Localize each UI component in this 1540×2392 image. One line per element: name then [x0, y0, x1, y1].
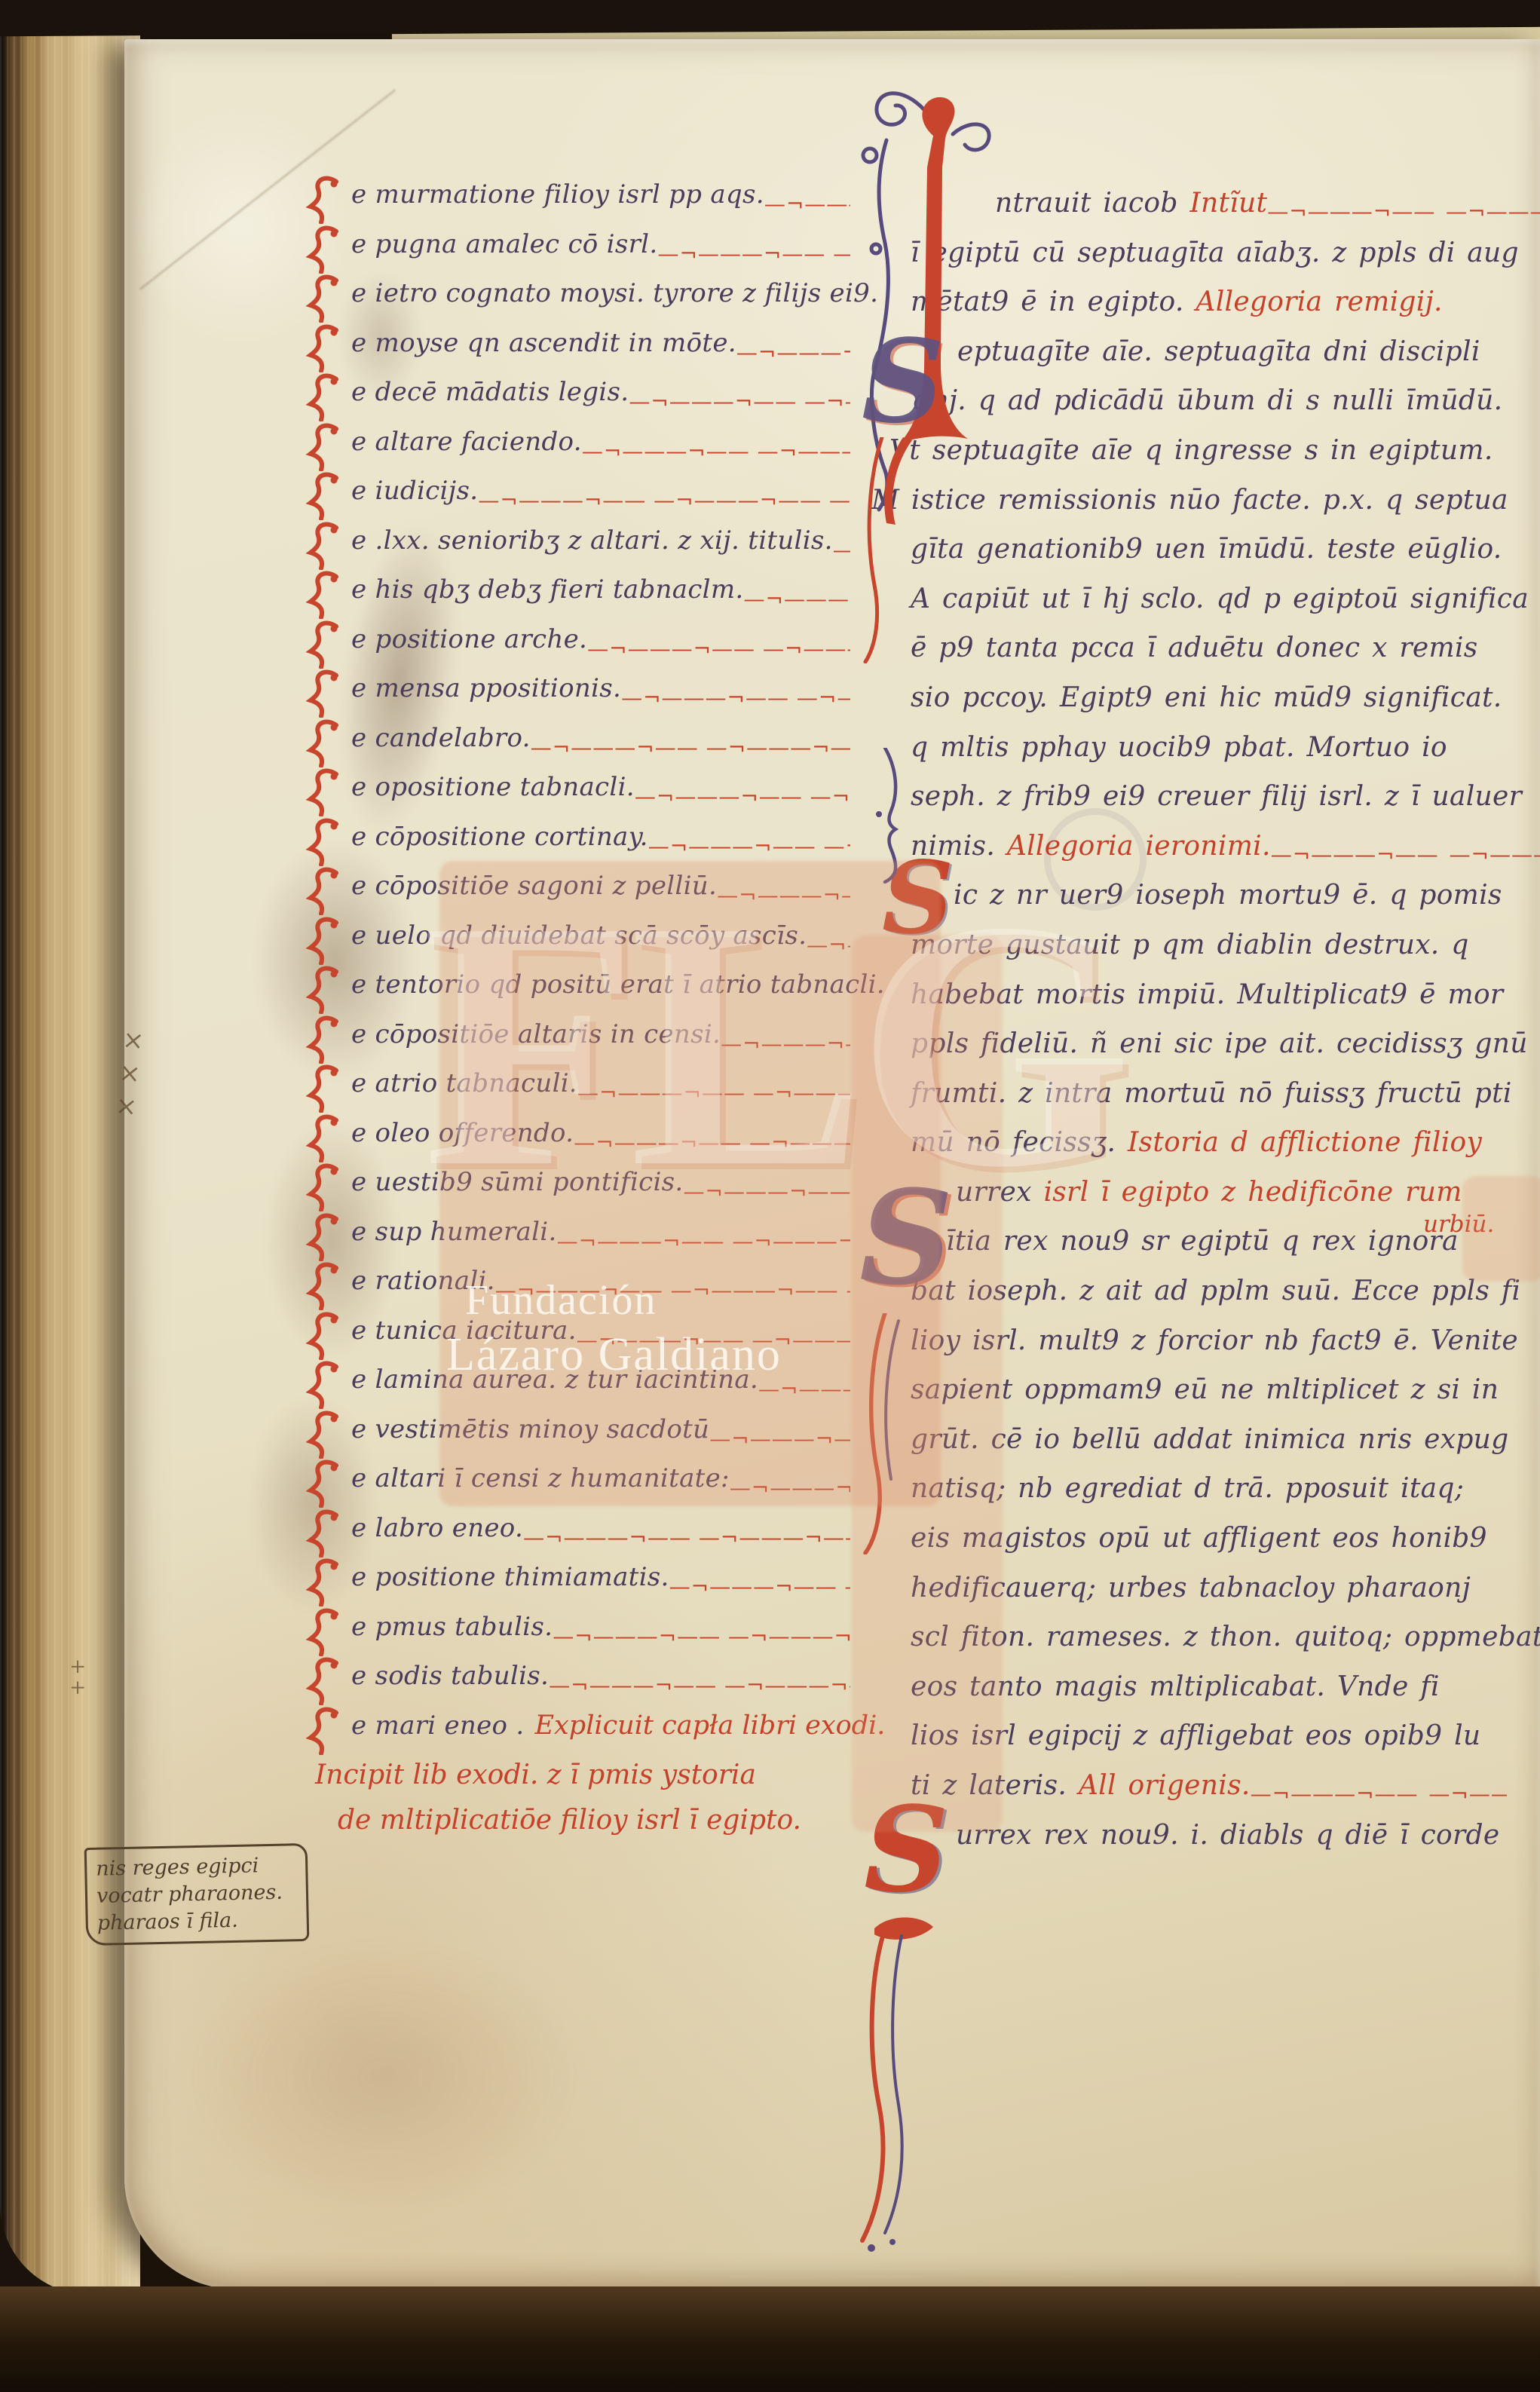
manuscript-photo: e murmatione filioy isrl pp aqs.—¬———¬——…: [0, 0, 1540, 2392]
chapter-title: e rationali.: [351, 1266, 495, 1296]
penwork-bracket-icon: [871, 748, 914, 884]
red-line-filler: —¬———¬—— —¬———¬—— —¬———¬—— —¬———¬—— —¬——…: [669, 1574, 850, 1601]
text-line: ic z nr uer9 ioseph mortu9 ē. q pomis: [867, 873, 1540, 923]
text-line: ppls fideliū. ñ eni sic ipe ait. cecidis…: [867, 1021, 1540, 1071]
red-line-filler: —¬———¬—— —¬———¬—— —¬———¬—— —¬———¬—— —¬——…: [736, 340, 850, 367]
initial-d-flourish-icon: [303, 1558, 344, 1606]
text-line: bat ioseph. z ait ad pplm suū. Ecce ppls…: [867, 1269, 1540, 1319]
initial-d-flourish-icon: [303, 522, 344, 570]
body-text: urrex rex nou9. i. diabls q diē ī corde: [956, 1820, 1500, 1851]
marginal-rubric-word: urbiū.: [1423, 1211, 1494, 1238]
initial-d-flourish-icon: [303, 620, 344, 669]
initial-d-flourish-icon: [303, 274, 344, 323]
red-line-filler: —¬———¬—— —¬———¬—— —¬———¬—— —¬———¬—— —¬——…: [730, 1475, 850, 1502]
red-line-filler: —¬———¬—— —¬———¬—— —¬———¬—— —¬———¬—— —¬——…: [764, 191, 850, 219]
red-line-filler: —¬———¬—— —¬———¬—— —¬———¬—— —¬———¬—— —¬——…: [577, 1328, 850, 1355]
body-text: lios isrl egipcij z affligebat eos opib9…: [911, 1720, 1480, 1751]
text-line: mū nō fecissʒ. Istoria d afflictione fil…: [867, 1120, 1540, 1170]
text-line: nimis. Allegoria ieronimi.—¬———¬—— —¬———…: [867, 824, 1540, 874]
body-text: ntrauit iacob: [995, 188, 1189, 219]
initial-d-flourish-icon: [303, 719, 344, 767]
initial-d-flourish-icon: [303, 867, 344, 915]
initial-d-flourish-icon: [303, 966, 344, 1014]
body-text: natisq; nb egrediat d trā. pposuit itaq;: [911, 1473, 1464, 1504]
initial-d-flourish-icon: [303, 571, 344, 619]
initial-d-flourish-icon: [303, 1163, 344, 1211]
initial-d-flourish-icon: [303, 176, 344, 224]
decorated-initial-S: S: [859, 1173, 953, 1303]
incipit-rubric-text: Incipit lib exodi. z ī pmis ystoria: [315, 1760, 756, 1790]
initial-d-flourish-icon: [303, 472, 344, 520]
chapter-list-item: e mensa ppositionis.—¬———¬—— —¬———¬—— —¬…: [303, 666, 850, 715]
chapter-title: e positione thimiamatis.: [351, 1562, 669, 1592]
explicit-rubric: Explicuit capła libri exodi.: [535, 1711, 886, 1741]
body-text: grūt. cē io bellū addat inimica nris exp…: [911, 1424, 1509, 1455]
initial-tail-flourish-icon: [855, 1313, 908, 1554]
initial-d-flourish-icon: [303, 1657, 344, 1705]
body-text: sio pccoy. Egipt9 eni hic mūd9 significa…: [911, 682, 1502, 713]
body-text: morte gustauit p qm diablin destrux. q: [911, 930, 1469, 960]
rubric-text: All origenis.: [1079, 1770, 1251, 1801]
body-text: hedificauerq; urbes tabnacloy pharaonj: [911, 1573, 1471, 1603]
chapter-list-item: e pugna amalec cō isrl.—¬———¬—— —¬———¬——…: [303, 222, 850, 271]
chapter-title: e mari eneo .: [351, 1711, 525, 1741]
text-line: lios isrl egipcij z affligebat eos opib9…: [867, 1714, 1540, 1763]
left-column-chapter-list: e murmatione filioy isrl pp aqs.—¬———¬——…: [303, 172, 850, 1842]
chapter-title: e lamina aurea. z tur iacintina.: [351, 1364, 758, 1395]
red-line-filler: —¬———¬—— —¬———¬—— —¬———¬—— —¬———¬—— —¬——…: [495, 1278, 850, 1305]
body-text: lioy isrl. mult9 z forcior nb fact9 ē. V…: [911, 1325, 1518, 1356]
body-text: eos tanto magis mltiplicabat. Vnde fi: [911, 1671, 1440, 1702]
chapter-list-item: e iudicijs.—¬———¬—— —¬———¬—— —¬———¬—— —¬…: [303, 468, 850, 518]
text-line: habebat mortis impiū. Multiplicat9 ē mor: [867, 972, 1540, 1022]
chapter-list-item: e candelabro.—¬———¬—— —¬———¬—— —¬———¬—— …: [303, 715, 850, 765]
chapter-title: e sodis tabulis.: [351, 1661, 549, 1691]
body-text: bat ioseph. z ait ad pplm suū. Ecce ppls…: [911, 1276, 1520, 1306]
body-text: seph. z frib9 ei9 creuer filij isrl. z ī…: [911, 781, 1522, 812]
chapter-list-item: e positione thimiamatis.—¬———¬—— —¬———¬—…: [303, 1554, 850, 1604]
text-line: lioy isrl. mult9 z forcior nb fact9 ē. V…: [867, 1319, 1540, 1368]
text-line: seph. z frib9 ei9 creuer filij isrl. z ī…: [867, 774, 1540, 824]
red-line-filler: —¬———¬—— —¬———¬—— —¬———¬—— —¬———¬—— —¬——…: [629, 389, 850, 416]
chapter-list-item: e mari eneo .Explicuit capła libri exodi…: [303, 1703, 850, 1753]
red-line-filler: —¬———¬—— —¬———¬—— —¬———¬—— —¬———¬—— —¬——…: [523, 1525, 850, 1552]
chapter-list-item: e murmatione filioy isrl pp aqs.—¬———¬——…: [303, 172, 850, 222]
chapter-title: e decē mādatis legis.: [351, 377, 629, 407]
body-text: frumti. z intra mortuū nō fuissʒ fructū …: [911, 1078, 1512, 1109]
text-line: natisq; nb egrediat d trā. pposuit itaq;: [867, 1466, 1540, 1516]
red-line-filler: —¬———¬—— —¬———¬—— —¬———¬—— —¬———¬—— —¬——…: [557, 1229, 850, 1256]
chapter-title: e iudicijs.: [351, 476, 478, 506]
body-text: urrex: [956, 1177, 1043, 1208]
chapter-title: e altari ī censi z humanitate:: [351, 1463, 730, 1493]
chapter-title: e sup humerali.: [351, 1217, 557, 1247]
chapter-list-item: e ietro cognato moysi. tyrore z filijs e…: [303, 271, 850, 320]
book-page-stack-edges: [0, 26, 140, 2295]
chapter-list-item: e his qbʒ debʒ fieri tabnaclm.—¬———¬—— —…: [303, 567, 850, 617]
chapter-list-item: e opositione tabnacli.—¬———¬—— —¬———¬—— …: [303, 764, 850, 814]
chapter-title: e murmatione filioy isrl pp aqs.: [351, 179, 764, 210]
red-line-filler: —¬———¬—— —¬———¬—— —¬———¬—— —¬———¬—— —¬——…: [635, 784, 850, 811]
initial-d-flourish-icon: [303, 373, 344, 421]
body-text: eptuagīte aīe. septuagīta dni discipli: [957, 336, 1480, 367]
red-line-filler: —¬———¬—— —¬———¬—— —¬———¬—— —¬———¬—— —¬——…: [478, 488, 850, 515]
red-line-filler: —¬———¬—— —¬———¬—— —¬———¬—— —¬———¬—— —¬——…: [684, 1179, 850, 1206]
chapter-list-item: e cōpositiōe altaris in censi.—¬———¬—— —…: [303, 1012, 850, 1061]
initial-tail-flourish-icon: [856, 437, 902, 663]
text-line: hedificauerq; urbes tabnacloy pharaonj: [867, 1566, 1540, 1616]
chapter-title: e tentorio qd positū erat ī atrio tabnac…: [351, 969, 885, 1000]
red-line-filler: —¬———¬—— —¬———¬—— —¬———¬—— —¬———¬—— —¬——…: [709, 1426, 850, 1453]
initial-d-flourish-icon: [303, 1262, 344, 1310]
initial-tail-flourish-icon: [849, 1856, 939, 2256]
text-line: q mltis pphay uocib9 pbat. Mortuo io: [867, 725, 1540, 775]
chapter-list-item: e altare faciendo.—¬———¬—— —¬———¬—— —¬——…: [303, 419, 850, 469]
body-text: ē p9 tanta pcca ī aduētu donec x remis: [911, 632, 1478, 663]
body-text: mū nō fecissʒ.: [911, 1127, 1128, 1158]
text-line: grūt. cē io bellū addat inimica nris exp…: [867, 1417, 1540, 1467]
red-line-filler: —¬———¬—— —¬———¬—— —¬———¬—— —¬———¬—— —¬——…: [549, 1673, 850, 1700]
body-text: ppls fideliū. ñ eni sic ipe ait. cecidis…: [911, 1028, 1528, 1059]
initial-d-flourish-icon: [303, 1064, 344, 1113]
red-line-filler: —¬———¬—— —¬———¬—— —¬———¬—— —¬———¬—— —¬——…: [1267, 199, 1540, 226]
chapter-title: e candelabro.: [351, 723, 531, 753]
text-line: sio pccoy. Egipt9 eni hic mūd9 significa…: [867, 675, 1540, 725]
chapter-list-item: e uelo qd diuidebat scā scōy ascīs.—¬———…: [303, 913, 850, 963]
chapter-title: e cōpositiōe sagoni z pelliū.: [351, 871, 717, 901]
initial-d-flourish-icon: [303, 225, 344, 274]
initial-d-flourish-icon: [303, 423, 344, 471]
chapter-title: e vestimētis minoy sacdotū: [351, 1414, 709, 1444]
rubric-text: Allegoria remigij.: [1196, 286, 1442, 317]
initial-d-flourish-icon: [303, 1361, 344, 1409]
initial-d-flourish-icon: [303, 324, 344, 372]
chapter-list-item: e sup humerali.—¬———¬—— —¬———¬—— —¬———¬—…: [303, 1209, 850, 1259]
chapter-list-item: e pmus tabulis.—¬———¬—— —¬———¬—— —¬———¬—…: [303, 1604, 850, 1654]
body-text: habebat mortis impiū. Multiplicat9 ē mor: [911, 979, 1503, 1010]
rubric-text: isrl ī egipto z hedificōne rum: [1043, 1177, 1462, 1208]
margin-note-line: nis reges egipci: [96, 1851, 302, 1883]
chapter-list-item: e moyse qn ascendit in mōte.—¬———¬—— —¬—…: [303, 320, 850, 370]
initial-d-flourish-icon: [303, 768, 344, 816]
text-line: morte gustauit p qm diablin destrux. q: [867, 923, 1540, 972]
chapter-title: e altare faciendo.: [351, 427, 582, 457]
text-line: eis magistos opū ut affligent eos honib9: [867, 1516, 1540, 1566]
initial-d-flourish-icon: [303, 1459, 344, 1508]
margin-cross-marks: ++: [66, 1658, 89, 1701]
red-line-filler: —¬———¬—— —¬———¬—— —¬———¬—— —¬———¬—— —¬——…: [758, 1377, 850, 1404]
chapter-title: e .lxx. senioribʒ z altari. z xij. titul…: [351, 525, 833, 556]
red-line-filler: —¬———¬—— —¬———¬—— —¬———¬—— —¬———¬—— —¬——…: [574, 1130, 850, 1157]
red-line-filler: —¬———¬—— —¬———¬—— —¬———¬—— —¬———¬—— —¬——…: [577, 1080, 850, 1107]
text-line: ti z lateris. All origenis.—¬———¬—— —¬——…: [867, 1763, 1540, 1813]
chapter-list-item: e tentorio qd positū erat ī atrio tabnac…: [303, 962, 850, 1012]
text-line: ē p9 tanta pcca ī aduētu donec x remis: [867, 626, 1540, 675]
text-line: A capiūt ut ī hj sclo. qd p egiptoū sign…: [867, 577, 1540, 626]
text-line: urrex rex nou9. i. diabls q diē ī corde: [867, 1813, 1540, 1863]
chapter-list-item: e sodis tabulis.—¬———¬—— —¬———¬—— —¬———¬…: [303, 1653, 850, 1703]
text-line: gīta genationib9 uen īmūdū. teste eūglio…: [867, 527, 1540, 577]
initial-d-flourish-icon: [303, 818, 344, 866]
initial-d-flourish-icon: [303, 917, 344, 965]
red-line-filler: —¬———¬—— —¬———¬—— —¬———¬—— —¬———¬—— —¬——…: [807, 933, 850, 960]
body-text: ic z nr uer9 ioseph mortu9 ē. q pomis: [954, 880, 1502, 911]
chapter-list-item: e tunica iacitura.—¬———¬—— —¬———¬—— —¬——…: [303, 1308, 850, 1358]
red-line-filler: —¬———¬—— —¬———¬—— —¬———¬—— —¬———¬—— —¬——…: [833, 538, 850, 565]
rubric-text: Allegoria ieronimi.: [1007, 831, 1271, 862]
red-line-filler: —¬———¬—— —¬———¬—— —¬———¬—— —¬———¬—— —¬——…: [587, 636, 850, 663]
incipit-rubric-line: de mltiplicatiōe filioy isrl ī egipto.: [303, 1797, 850, 1842]
initial-d-flourish-icon: [303, 1114, 344, 1162]
chapter-list-item: e oleo offerendo.—¬———¬—— —¬———¬—— —¬———…: [303, 1110, 850, 1160]
chapter-title: e uelo qd diuidebat scā scōy ascīs.: [351, 920, 807, 951]
chapter-list-item: e uestib9 sūmi pontificis.—¬———¬—— —¬———…: [303, 1159, 850, 1209]
initial-d-flourish-icon: [303, 1509, 344, 1557]
chapter-title: e tunica iacitura.: [351, 1315, 577, 1346]
body-text: A capiūt ut ī hj sclo. qd p egiptoū sign…: [911, 583, 1529, 614]
chapter-list-item: e labro eneo.—¬———¬—— —¬———¬—— —¬———¬—— …: [303, 1505, 850, 1555]
initial-d-flourish-icon: [303, 1015, 344, 1064]
body-text: q mltis pphay uocib9 pbat. Mortuo io: [911, 732, 1447, 763]
chapter-title: e atrio tabnaculi.: [351, 1068, 577, 1098]
red-line-filler: —¬———¬—— —¬———¬—— —¬———¬—— —¬———¬—— —¬——…: [553, 1624, 850, 1651]
text-line: eos tanto magis mltiplicabat. Vnde fi: [867, 1665, 1540, 1714]
chapter-title: e mensa ppositionis.: [351, 673, 621, 703]
red-line-filler: —¬———¬—— —¬———¬—— —¬———¬—— —¬———¬—— —¬——…: [648, 834, 850, 861]
initial-d-flourish-icon: [303, 1312, 344, 1360]
initial-d-flourish-icon: [303, 1608, 344, 1656]
chapter-title: e pmus tabulis.: [351, 1612, 553, 1642]
initial-d-flourish-icon: [303, 1410, 344, 1459]
text-line: sapient oppmam9 eū ne mltiplicet z si in: [867, 1368, 1540, 1417]
chapter-list-item: e cōpositione cortinay.—¬———¬—— —¬———¬——…: [303, 814, 850, 864]
chapter-title: e moyse qn ascendit in mōte.: [351, 328, 736, 358]
text-line: scl fiton. rameses. z thon. quitoq; oppm…: [867, 1615, 1540, 1665]
chapter-list-item: e decē mādatis legis.—¬———¬—— —¬———¬—— —…: [303, 369, 850, 419]
red-line-filler: —¬———¬—— —¬———¬—— —¬———¬—— —¬———¬—— —¬——…: [1271, 842, 1540, 869]
background-bottom-edge: [0, 2286, 1540, 2392]
chapter-title: e opositione tabnacli.: [351, 772, 635, 802]
initial-d-flourish-icon: [303, 1707, 344, 1755]
red-line-filler: —¬———¬—— —¬———¬—— —¬———¬—— —¬———¬—— —¬——…: [621, 685, 850, 712]
incipit-rubric-text: de mltiplicatiōe filioy isrl ī egipto.: [338, 1805, 801, 1836]
chapter-title: e oleo offerendo.: [351, 1118, 574, 1148]
chapter-list-item: e atrio tabnaculi.—¬———¬—— —¬———¬—— —¬——…: [303, 1061, 850, 1110]
red-line-filler: —¬———¬—— —¬———¬—— —¬———¬—— —¬———¬—— —¬——…: [717, 883, 850, 910]
rubric-text: Intĩut: [1189, 188, 1267, 219]
chapter-list-item: e altari ī censi z humanitate:—¬———¬—— —…: [303, 1456, 850, 1505]
incipit-rubric-line: Incipit lib exodi. z ī pmis ystoria: [303, 1752, 850, 1797]
body-text: gīta genationib9 uen īmūdū. teste eūglio…: [911, 534, 1502, 565]
red-line-filler: —¬———¬—— —¬———¬—— —¬———¬—— —¬———¬—— —¬——…: [582, 439, 850, 466]
red-line-filler: —¬———¬—— —¬———¬—— —¬———¬—— —¬———¬—— —¬——…: [531, 735, 850, 762]
red-line-filler: —¬———¬—— —¬———¬—— —¬———¬—— —¬———¬—— —¬——…: [657, 241, 850, 268]
rubric-text: Istoria d afflictione filioy: [1128, 1127, 1482, 1158]
body-text: eis magistos opū ut affligent eos honib9: [911, 1523, 1487, 1554]
chapter-list-item: e rationali.—¬———¬—— —¬———¬—— —¬———¬—— —…: [303, 1258, 850, 1308]
body-text: ītia rex nou9 sr egiptū q rex ignora: [946, 1226, 1459, 1257]
chapter-list-item: e lamina aurea. z tur iacintina.—¬———¬——…: [303, 1357, 850, 1407]
red-line-filler: —¬———¬—— —¬———¬—— —¬———¬—— —¬———¬—— —¬——…: [721, 1031, 850, 1058]
decorated-initial-S: S: [862, 324, 945, 439]
margin-note-box: nis reges egipci vocatr pharaones. phara…: [84, 1843, 310, 1946]
margin-note-line: vocatr pharaones.: [96, 1879, 302, 1910]
body-text: scl fiton. rameses. z thon. quitoq; oppm…: [911, 1622, 1540, 1652]
chapter-title: e labro eneo.: [351, 1513, 523, 1543]
chapter-title: e positione arche.: [351, 624, 587, 654]
chapter-list-item: e positione arche.—¬———¬—— —¬———¬—— —¬——…: [303, 617, 850, 666]
initial-d-flourish-icon: [303, 1213, 344, 1261]
chapter-list-item: e vestimētis minoy sacdotū—¬———¬—— —¬———…: [303, 1407, 850, 1456]
initial-d-flourish-icon: [303, 669, 344, 718]
chapter-title: e pugna amalec cō isrl.: [351, 229, 657, 259]
chapter-title: e uestib9 sūmi pontificis.: [351, 1167, 684, 1197]
red-line-filler: —¬———¬—— —¬———¬—— —¬———¬—— —¬———¬—— —¬——…: [1251, 1781, 1507, 1809]
chapter-list-item: e cōpositiōe sagoni z pelliū.—¬———¬—— —¬…: [303, 863, 850, 913]
body-text: sapient oppmam9 eū ne mltiplicet z si in: [911, 1374, 1499, 1405]
chapter-title: e his qbʒ debʒ fieri tabnaclm.: [351, 574, 743, 605]
chapter-list-item: e .lxx. senioribʒ z altari. z xij. titul…: [303, 518, 850, 568]
chapter-title: e ietro cognato moysi. tyrore z filijs e…: [351, 278, 878, 308]
chapter-title: e cōpositiōe altaris in censi.: [351, 1019, 721, 1049]
red-line-filler: —¬———¬—— —¬———¬—— —¬———¬—— —¬———¬—— —¬——…: [743, 587, 850, 614]
chapter-title: e cōpositione cortinay.: [351, 822, 648, 852]
parchment-stain: [136, 1900, 633, 2254]
margin-note-line: pharaos ī fila.: [96, 1906, 302, 1937]
text-line: frumti. z intra mortuū nō fuissʒ fructū …: [867, 1071, 1540, 1121]
